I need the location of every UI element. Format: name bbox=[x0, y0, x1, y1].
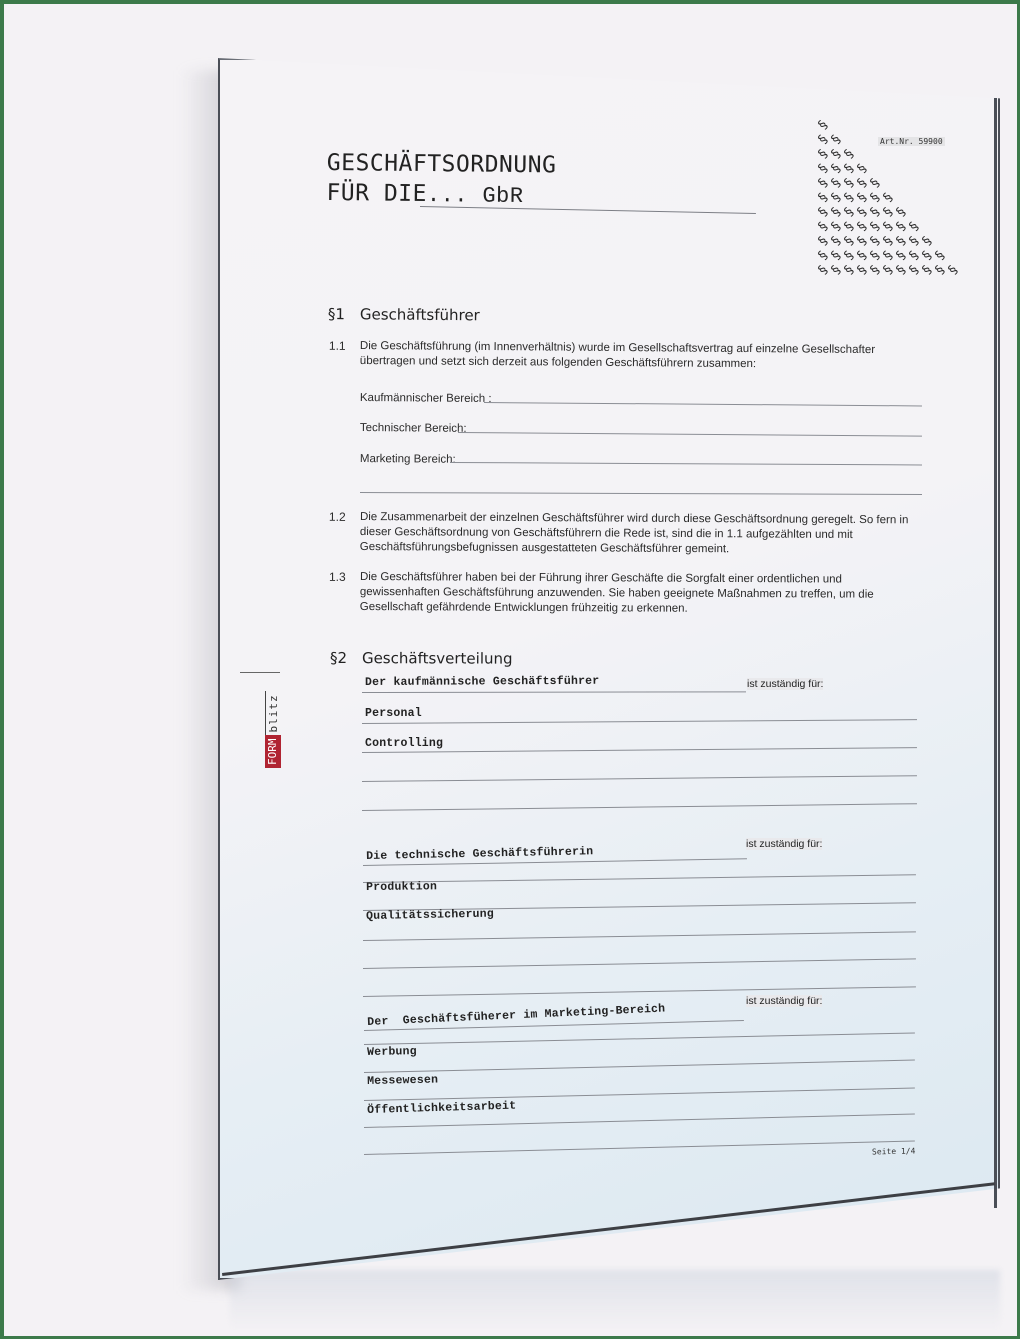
title-prefix: FÜR DIE bbox=[326, 180, 427, 207]
paragraph-text: Die Geschäftsführer haben bei der Führun… bbox=[360, 571, 874, 615]
section-title: Geschäftsführer bbox=[360, 305, 480, 324]
field-label: Technischer Bereich: bbox=[360, 422, 467, 435]
section-title: Geschäftsverteilung bbox=[362, 649, 513, 668]
svg-text:§: § bbox=[818, 219, 831, 234]
svg-text:§: § bbox=[907, 234, 923, 249]
svg-text:§: § bbox=[894, 234, 910, 249]
svg-text:§: § bbox=[907, 248, 923, 263]
svg-text:§: § bbox=[894, 205, 910, 220]
svg-text:§: § bbox=[829, 248, 845, 263]
svg-text:§: § bbox=[855, 219, 871, 234]
svg-text:§: § bbox=[818, 161, 831, 176]
svg-text:§: § bbox=[818, 176, 831, 191]
field-label: Kaufmännischer Bereich : bbox=[360, 392, 492, 405]
svg-text:§: § bbox=[842, 205, 858, 220]
responsible-label: ist zuständig für: bbox=[747, 678, 823, 690]
svg-text:§: § bbox=[855, 176, 871, 191]
brand-blitz: blitz bbox=[265, 691, 281, 735]
svg-text:§: § bbox=[868, 205, 884, 220]
svg-text:§: § bbox=[855, 263, 871, 278]
svg-text:§: § bbox=[920, 234, 936, 249]
svg-text:§: § bbox=[881, 234, 897, 249]
duty-line bbox=[363, 958, 916, 969]
responsible-label: ist zuständig für: bbox=[746, 995, 822, 1007]
duty-line bbox=[362, 775, 917, 782]
duty-line bbox=[364, 1059, 915, 1073]
svg-text:§: § bbox=[842, 248, 858, 263]
svg-text:§: § bbox=[907, 219, 923, 234]
svg-text:§: § bbox=[920, 248, 936, 263]
paragraph-text: Die Geschäftsführung (im Innenverhältnis… bbox=[360, 340, 875, 370]
field-technisch: Technischer Bereich: bbox=[360, 416, 467, 433]
svg-text:§: § bbox=[894, 248, 910, 263]
duty-field[interactable]: Öffentlichkeitsarbeit bbox=[367, 1100, 516, 1117]
svg-text:§: § bbox=[933, 263, 949, 278]
paragraph-number: 1.3 bbox=[329, 570, 346, 585]
svg-text:§: § bbox=[829, 205, 845, 220]
svg-text:§: § bbox=[842, 234, 858, 249]
svg-text:§: § bbox=[829, 132, 845, 147]
section-number: §1 bbox=[328, 305, 360, 323]
svg-text:§: § bbox=[946, 263, 962, 278]
paragraph-pattern-logo-icon: §§§§§§§§§§§§§§§§§§§§§§§§§§§§§§§§§§§§§§§§… bbox=[818, 118, 968, 283]
manager-line bbox=[362, 691, 746, 693]
duty-field[interactable]: Produktion bbox=[366, 880, 437, 894]
svg-text:§: § bbox=[881, 219, 897, 234]
svg-text:§: § bbox=[818, 118, 831, 133]
svg-text:§: § bbox=[842, 161, 858, 176]
svg-text:§: § bbox=[907, 263, 923, 278]
svg-text:§: § bbox=[842, 176, 858, 191]
svg-text:§: § bbox=[818, 132, 831, 147]
svg-text:§: § bbox=[818, 234, 831, 249]
svg-text:§: § bbox=[894, 219, 910, 234]
paragraph-text: Die Zusammenarbeit der einzelnen Geschäf… bbox=[360, 511, 909, 555]
duty-line bbox=[363, 986, 916, 997]
svg-text:§: § bbox=[933, 248, 949, 263]
duty-line bbox=[364, 1141, 915, 1155]
svg-text:§: § bbox=[842, 190, 858, 205]
svg-text:§: § bbox=[829, 161, 845, 176]
field-kaufmaennisch: Kaufmännischer Bereich : bbox=[360, 386, 492, 403]
duty-line bbox=[363, 874, 916, 883]
title-dots: ... bbox=[427, 183, 468, 208]
svg-text:§: § bbox=[894, 263, 910, 278]
duty-line bbox=[364, 1114, 915, 1128]
svg-text:§: § bbox=[829, 234, 845, 249]
duty-field[interactable]: Messewesen bbox=[367, 1074, 438, 1088]
extra-input-line[interactable] bbox=[360, 492, 922, 495]
duty-line bbox=[363, 931, 916, 941]
svg-text:§: § bbox=[868, 190, 884, 205]
svg-text:§: § bbox=[842, 219, 858, 234]
paragraph-number: 1.1 bbox=[329, 339, 346, 354]
formblitz-brand: FORMblitz bbox=[265, 672, 281, 768]
svg-text:§: § bbox=[881, 248, 897, 263]
brand-form: FORM bbox=[265, 736, 281, 769]
svg-text:§: § bbox=[881, 263, 897, 278]
svg-text:§: § bbox=[818, 147, 831, 162]
title-line-1: GESCHÄFTSORDNUNG bbox=[327, 148, 557, 180]
svg-text:§: § bbox=[818, 205, 831, 220]
svg-text:§: § bbox=[818, 190, 831, 205]
svg-text:§: § bbox=[855, 248, 871, 263]
manager-field-technisch[interactable]: Die technische Geschäftsführerin bbox=[366, 845, 593, 863]
svg-text:§: § bbox=[868, 219, 884, 234]
svg-text:§: § bbox=[881, 190, 897, 205]
svg-text:§: § bbox=[868, 248, 884, 263]
field-marketing: Marketing Bereich: bbox=[360, 447, 456, 464]
svg-text:§: § bbox=[868, 263, 884, 278]
paragraph-1-1: 1.1 Die Geschäftsführung (im Innenverhäl… bbox=[360, 339, 925, 373]
kaufmaennisch-input-line[interactable] bbox=[484, 402, 922, 406]
svg-text:§: § bbox=[829, 219, 845, 234]
responsible-label: ist zuständig für: bbox=[746, 838, 822, 850]
svg-text:§: § bbox=[842, 147, 858, 162]
duty-line bbox=[362, 719, 917, 724]
page-edge bbox=[994, 98, 997, 1208]
field-label: Marketing Bereich: bbox=[360, 453, 456, 466]
section-1-heading: §1Geschäftsführer bbox=[328, 305, 480, 324]
svg-text:§: § bbox=[829, 263, 845, 278]
svg-text:§: § bbox=[855, 234, 871, 249]
manager-field-kaufmaennisch[interactable]: Der kaufmännische Geschäftsführer bbox=[365, 675, 599, 689]
duty-line bbox=[364, 1087, 915, 1101]
svg-text:§: § bbox=[868, 176, 884, 191]
technisch-input-line[interactable] bbox=[458, 432, 922, 437]
svg-text:§: § bbox=[855, 161, 871, 176]
svg-text:§: § bbox=[818, 248, 831, 263]
svg-text:§: § bbox=[881, 205, 897, 220]
marketing-input-line[interactable] bbox=[450, 462, 922, 465]
duty-field[interactable]: Personal bbox=[365, 707, 422, 720]
duty-field[interactable]: Controlling bbox=[365, 737, 443, 750]
section-2-heading: §2Geschäftsverteilung bbox=[330, 649, 513, 668]
duty-field[interactable]: Qualitätssicherung bbox=[366, 908, 494, 923]
svg-text:§: § bbox=[829, 176, 845, 191]
duty-line bbox=[362, 747, 917, 753]
svg-text:§: § bbox=[855, 205, 871, 220]
paragraph-1-3: 1.3 Die Geschäftsführer haben bei der Fü… bbox=[360, 570, 925, 618]
duty-line bbox=[362, 803, 917, 811]
duty-line bbox=[364, 1032, 915, 1045]
paragraph-1-2: 1.2 Die Zusammenarbeit der einzelnen Ges… bbox=[360, 510, 925, 558]
svg-text:§: § bbox=[842, 263, 858, 278]
svg-text:§: § bbox=[829, 147, 845, 162]
company-name-field[interactable]: GbR bbox=[482, 184, 523, 209]
duty-field[interactable]: Werbung bbox=[367, 1045, 417, 1059]
svg-text:§: § bbox=[829, 190, 845, 205]
document-title: GESCHÄFTSORDNUNG FÜR DIE... GbR bbox=[326, 148, 556, 212]
page-number: Seite 1/4 bbox=[872, 1147, 916, 1157]
svg-text:§: § bbox=[818, 263, 831, 278]
svg-text:§: § bbox=[920, 263, 936, 278]
svg-text:§: § bbox=[855, 190, 871, 205]
paragraph-number: 1.2 bbox=[329, 510, 346, 525]
svg-text:§: § bbox=[868, 234, 884, 249]
section-number: §2 bbox=[330, 649, 362, 667]
